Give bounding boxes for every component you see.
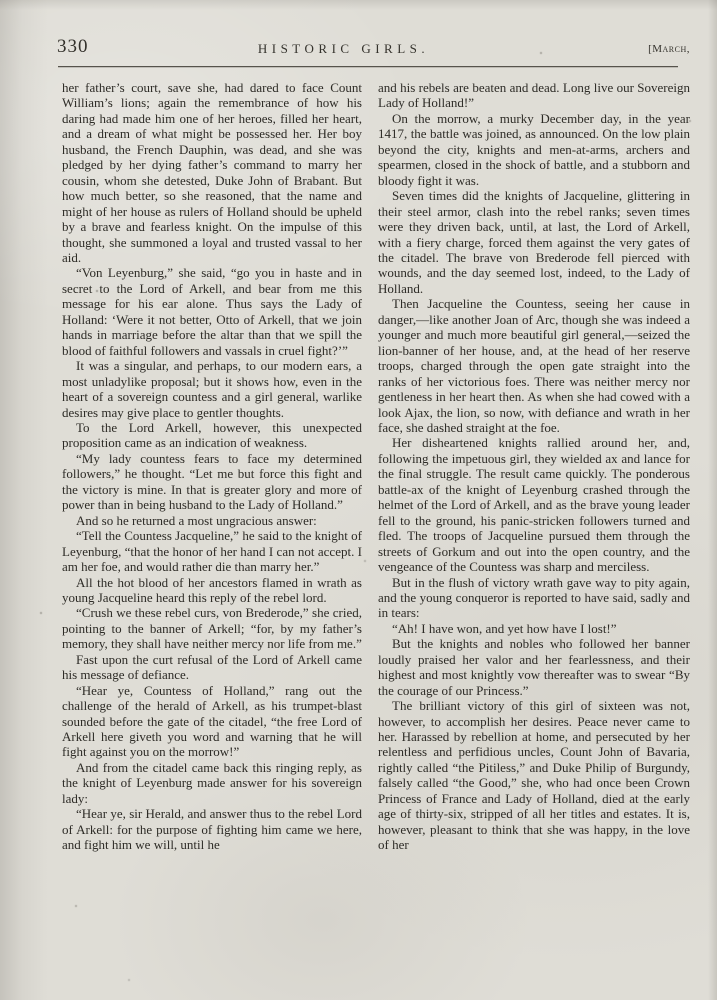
paragraph: It was a singular, and perhaps, to our m…: [62, 358, 362, 420]
paragraph: “Crush we these rebel curs, von Brederod…: [62, 605, 362, 651]
paragraph: To the Lord Arkell, however, this unexpe…: [62, 420, 362, 451]
paragraph: Fast upon the curt refusal of the Lord o…: [62, 652, 362, 683]
issue-label: [March,: [648, 43, 690, 55]
running-head-title: HISTORIC GIRLS.: [0, 41, 687, 57]
paragraph: And from the citadel came back this ring…: [62, 760, 362, 806]
paragraph: “Ah! I have won, and yet how have I lost…: [378, 621, 690, 636]
paragraph: All the hot blood of her ancestors flame…: [62, 575, 362, 606]
paragraph: her father’s court, save she, had dared …: [62, 80, 362, 265]
header-rule: [58, 66, 678, 67]
text-column-right: and his rebels are beaten and dead. Long…: [378, 80, 690, 853]
paragraph: “My lady countess fears to face my deter…: [62, 451, 362, 513]
paragraph: But in the flush of victory wrath gave w…: [378, 575, 690, 621]
paragraph: “Von Leyenburg,” she said, “go you in ha…: [62, 265, 362, 358]
paragraph: and his rebels are beaten and dead. Long…: [378, 80, 690, 111]
paragraph: “Hear ye, sir Herald, and answer thus to…: [62, 806, 362, 852]
paragraph: Then Jacqueline the Countess, seeing her…: [378, 296, 690, 435]
paragraph: The brilliant victory of this girl of si…: [378, 698, 690, 853]
scan-speckles: [0, 0, 2, 2]
paragraph: “Tell the Countess Jacqueline,” he said …: [62, 528, 362, 574]
paragraph: “Hear ye, Countess of Holland,” rang out…: [62, 683, 362, 760]
paragraph: On the morrow, a murky December day, in …: [378, 111, 690, 188]
book-page: 330 HISTORIC GIRLS. [March, her father’s…: [0, 0, 717, 1000]
paragraph: Her disheartened knights rallied around …: [378, 435, 690, 574]
text-column-left: her father’s court, save she, had dared …: [62, 80, 362, 853]
paragraph: Seven times did the knights of Jacquelin…: [378, 188, 690, 296]
paragraph: And so he returned a most ungracious ans…: [62, 513, 362, 528]
paragraph: But the knights and nobles who followed …: [378, 636, 690, 698]
